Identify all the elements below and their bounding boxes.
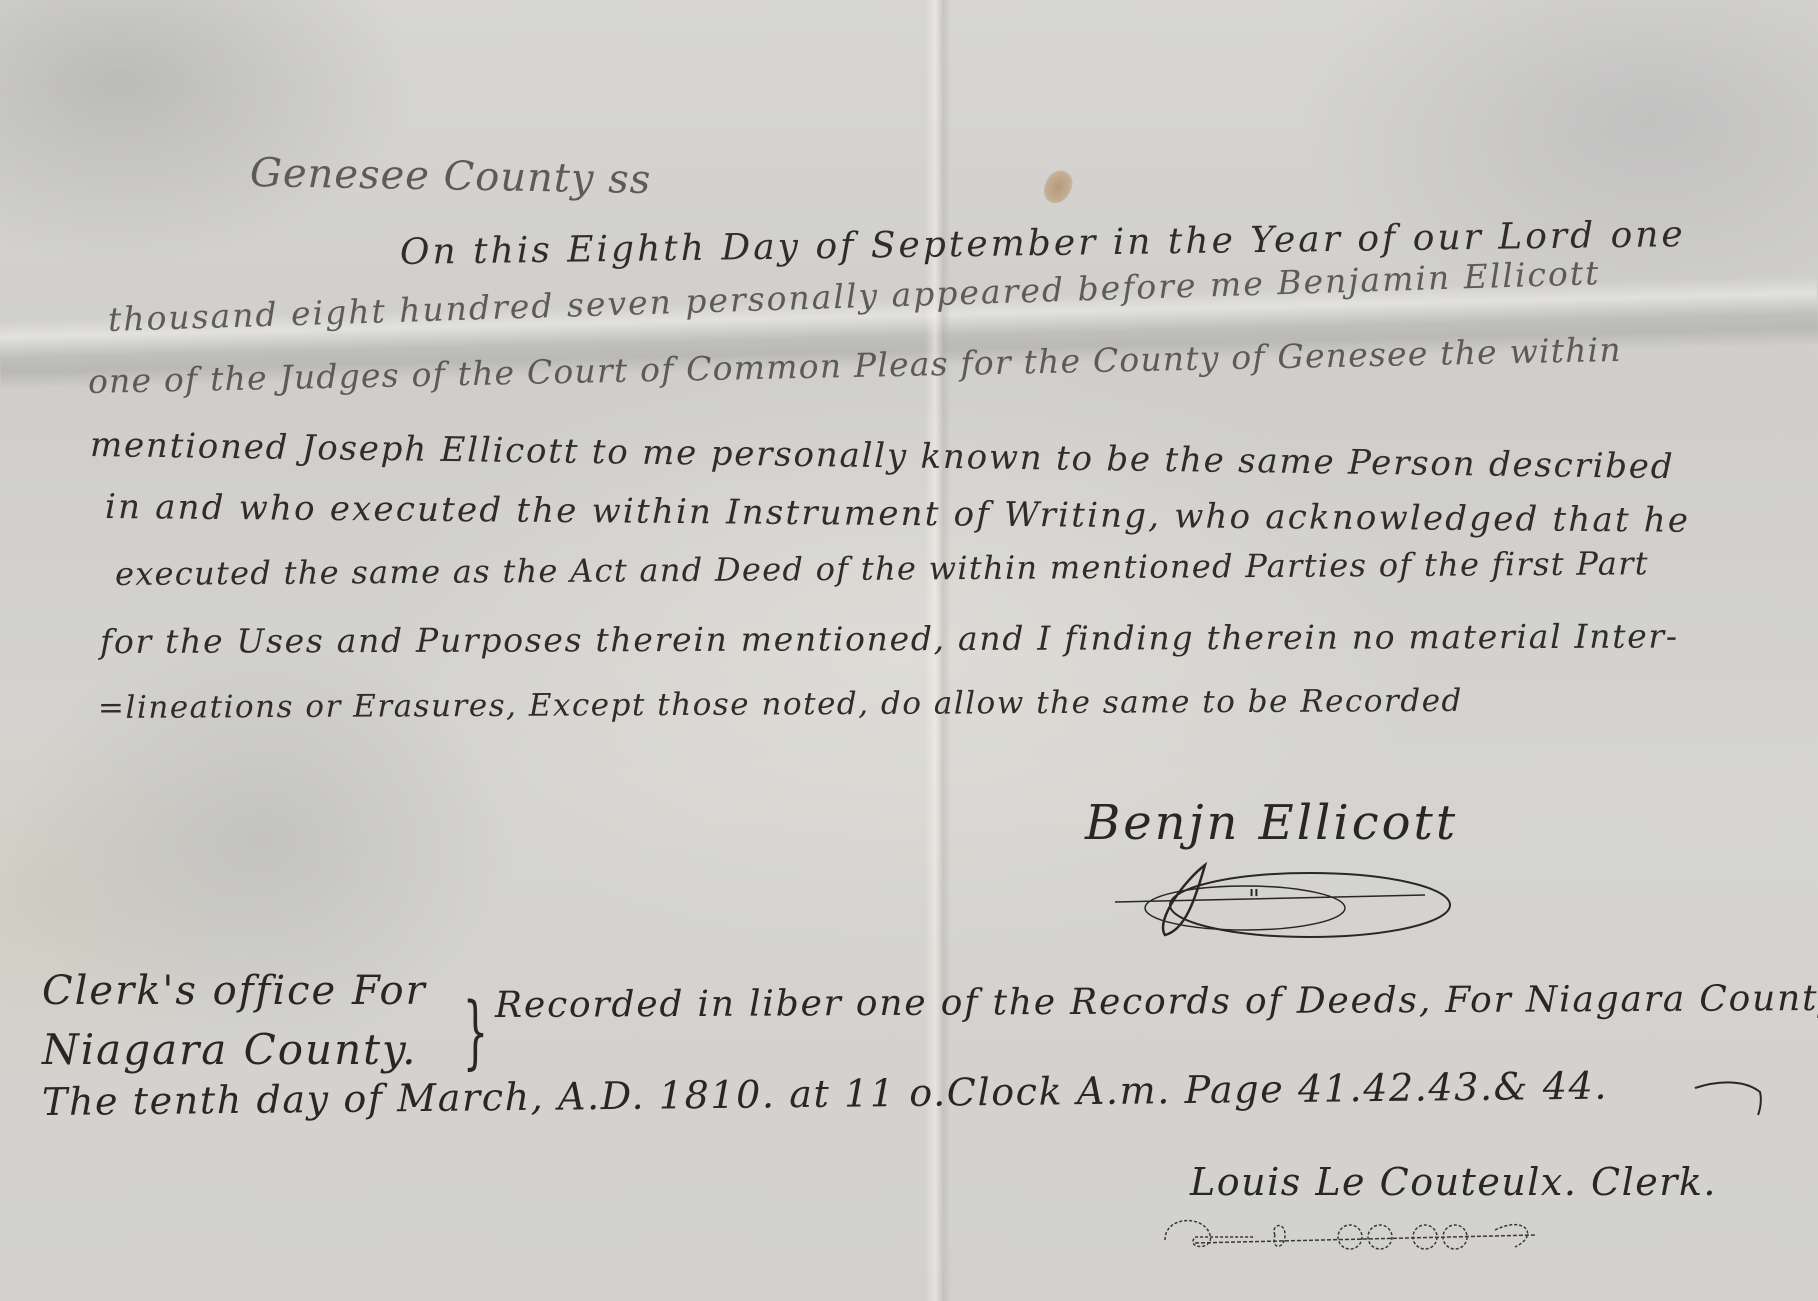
clerk-signature-flourish <box>1155 1205 1555 1275</box>
body-line-7: for the Uses and Purposes therein mentio… <box>100 616 1679 661</box>
judge-signature-flourish <box>1095 860 1455 970</box>
judge-signature-mark: " <box>1248 885 1260 915</box>
recorded-line-end-flourish <box>1690 1070 1770 1120</box>
document-heading: Genesee County ss <box>250 150 652 203</box>
judge-signature: Benjn Ellicott <box>1085 795 1458 851</box>
body-line-8: =lineations or Erasures, Except those no… <box>98 683 1463 726</box>
clerk-office-line-2: Niagara County. <box>42 1025 418 1074</box>
recorded-line-1: Recorded in liber one of the Records of … <box>495 978 1818 1026</box>
clerk-office-line-1: Clerk's office For <box>42 968 427 1014</box>
brace-symbol: } <box>463 985 488 1078</box>
clerk-signature: Louis Le Couteulx. Clerk. <box>1190 1160 1717 1204</box>
